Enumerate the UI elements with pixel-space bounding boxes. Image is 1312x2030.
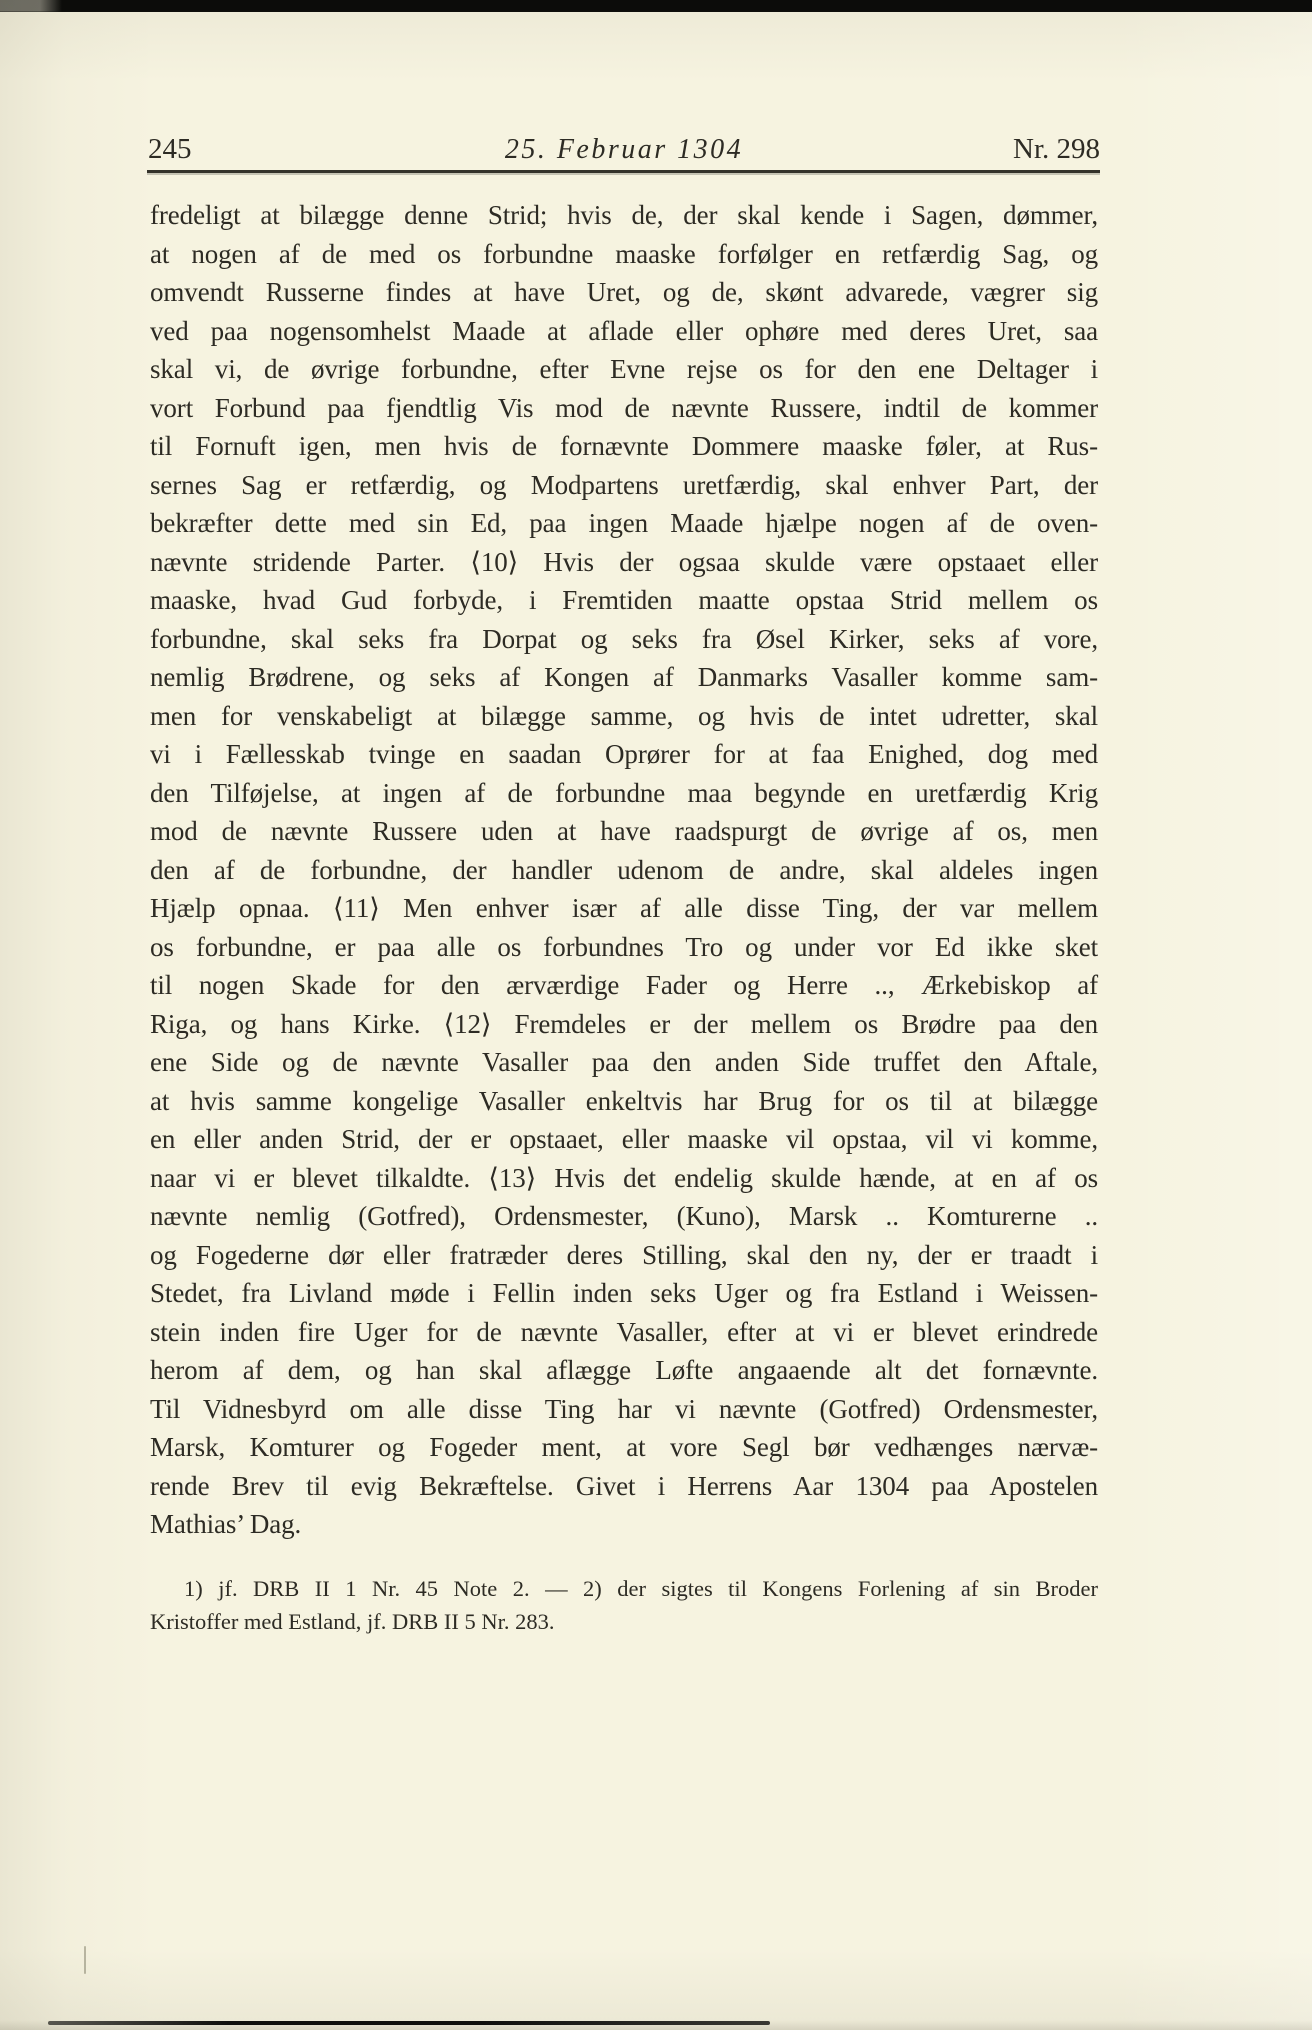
page-header: 245 25. Februar 1304 Nr. 298 bbox=[148, 133, 1100, 166]
document-body: fredeligt at bilægge denne Strid; hvis d… bbox=[150, 196, 1098, 1544]
text-line: at hvis samme kongelige Vasaller enkeltv… bbox=[150, 1082, 1098, 1121]
text-line: nævnte nemlig (Gotfred), Ordensmester, (… bbox=[150, 1197, 1098, 1236]
text-line: ved paa nogensomhelst Maade at aflade el… bbox=[150, 312, 1098, 351]
footnote: 1) jf. DRB II 1 Nr. 45 Note 2. — 2) der … bbox=[150, 1572, 1098, 1638]
page-number: 245 bbox=[148, 133, 368, 166]
text-line: naar vi er blevet tilkaldte. ⟨13⟩ Hvis d… bbox=[150, 1159, 1098, 1198]
header-doc-number: Nr. 298 bbox=[880, 133, 1100, 166]
text-line: rende Brev til evig Bekræftelse. Givet i… bbox=[150, 1467, 1098, 1506]
text-line: 1) jf. DRB II 1 Nr. 45 Note 2. — 2) der … bbox=[150, 1572, 1098, 1605]
text-line: herom af dem, og han skal aflægge Løfte … bbox=[150, 1351, 1098, 1390]
text-line: nævnte stridende Parter. ⟨10⟩ Hvis der o… bbox=[150, 543, 1098, 582]
scan-edge-bottom bbox=[48, 2021, 770, 2025]
text-line: ene Side og de nævnte Vasaller paa den a… bbox=[150, 1043, 1098, 1082]
text-line: at nogen af de med os forbundne maaske f… bbox=[150, 235, 1098, 274]
text-line: forbundne, skal seks fra Dorpat og seks … bbox=[150, 620, 1098, 659]
text-line: og Fogederne dør eller fratræder deres S… bbox=[150, 1236, 1098, 1275]
text-line: bekræfter dette med sin Ed, paa ingen Ma… bbox=[150, 504, 1098, 543]
text-line: Hjælp opnaa. ⟨11⟩ Men enhver især af all… bbox=[150, 889, 1098, 928]
text-line: Marsk, Komturer og Fogeder ment, at vore… bbox=[150, 1428, 1098, 1467]
text-line: maaske, hvad Gud forbyde, i Fremtiden ma… bbox=[150, 581, 1098, 620]
text-line: Riga, og hans Kirke. ⟨12⟩ Fremdeles er d… bbox=[150, 1005, 1098, 1044]
text-line: nemlig Brødrene, og seks af Kongen af Da… bbox=[150, 658, 1098, 697]
text-line: Mathias’ Dag. bbox=[150, 1505, 1098, 1544]
text-line: stein inden fire Uger for de nævnte Vasa… bbox=[150, 1313, 1098, 1352]
text-line: omvendt Russerne findes at have Uret, og… bbox=[150, 273, 1098, 312]
text-line: mod de nævnte Russere uden at have raads… bbox=[150, 812, 1098, 851]
scan-artifact-mark bbox=[84, 1946, 86, 1974]
text-line: Kristoffer med Estland, jf. DRB II 5 Nr.… bbox=[150, 1605, 1098, 1638]
header-rule bbox=[147, 170, 1100, 173]
text-line: Stedet, fra Livland møde i Fellin inden … bbox=[150, 1274, 1098, 1313]
text-line: til nogen Skade for den ærværdige Fader … bbox=[150, 966, 1098, 1005]
text-line: til Fornuft igen, men hvis de fornævnte … bbox=[150, 427, 1098, 466]
header-date: 25. Februar 1304 bbox=[368, 134, 880, 166]
text-line: sernes Sag er retfærdig, og Modpartens u… bbox=[150, 466, 1098, 505]
text-line: fredeligt at bilægge denne Strid; hvis d… bbox=[150, 196, 1098, 235]
text-line: skal vi, de øvrige forbundne, efter Evne… bbox=[150, 350, 1098, 389]
scanned-book-page: 245 25. Februar 1304 Nr. 298 fredeligt a… bbox=[0, 0, 1312, 2030]
text-line: den Tilføjelse, at ingen af de forbundne… bbox=[150, 774, 1098, 813]
text-line: den af de forbundne, der handler udenom … bbox=[150, 851, 1098, 890]
text-line: Til Vidnesbyrd om alle disse Ting har vi… bbox=[150, 1390, 1098, 1429]
text-line: vort Forbund paa fjendtlig Vis mod de næ… bbox=[150, 389, 1098, 428]
text-line: vi i Fællesskab tvinge en saadan Oprører… bbox=[150, 735, 1098, 774]
text-line: men for venskabeligt at bilægge samme, o… bbox=[150, 697, 1098, 736]
text-line: en eller anden Strid, der er opstaaet, e… bbox=[150, 1120, 1098, 1159]
text-line: os forbundne, er paa alle os forbundnes … bbox=[150, 928, 1098, 967]
scan-edge-top bbox=[0, 0, 1312, 12]
